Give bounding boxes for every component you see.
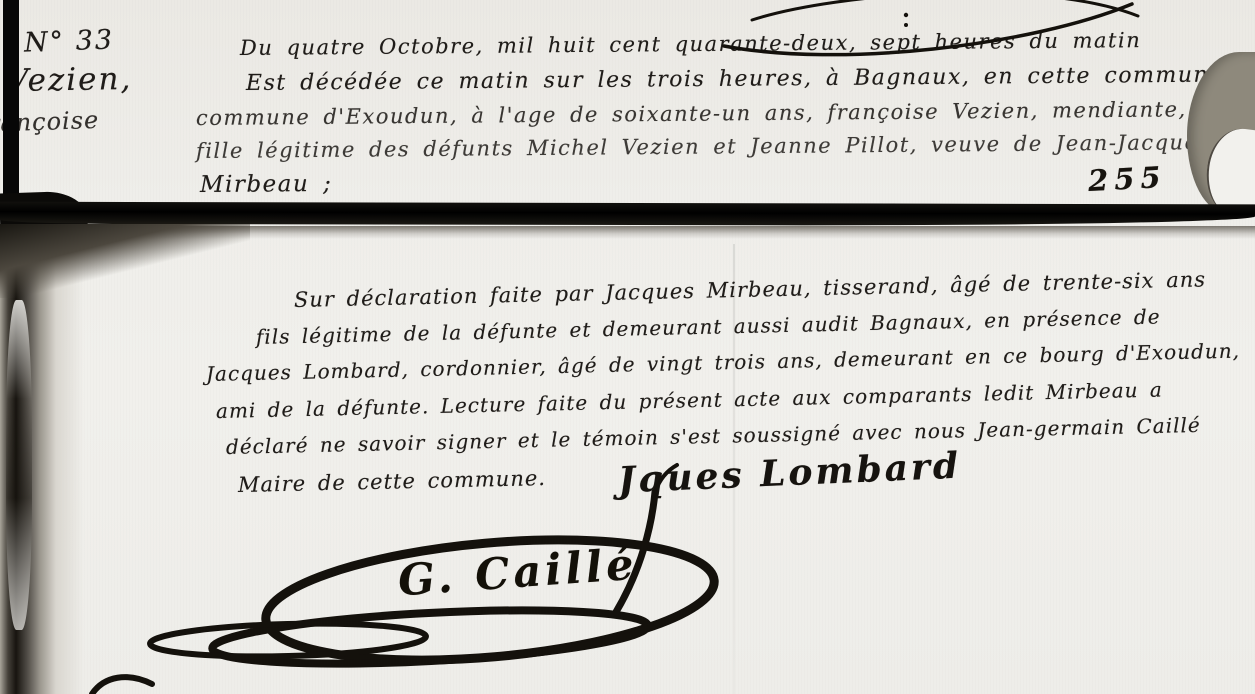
caille-paraphe-left-oval (150, 620, 427, 659)
act-bottom-line-2: fils légitime de la défunte et demeurant… (256, 304, 1161, 349)
margin-record-number: N° 33 (23, 24, 114, 58)
bottom-edge-ink-mark (92, 677, 152, 694)
margin-surname: Vezien, (6, 61, 133, 99)
page-gutter-band (0, 202, 1255, 227)
act-bottom-line-5: déclaré ne savoir signer et le témoin s'… (226, 413, 1201, 459)
act-top-line-2: Est décédée ce matin sur les trois heure… (246, 62, 1224, 96)
top-paraphe-upper-arc (752, 0, 1138, 20)
signature-witness-lombard: Jques Lombard (617, 445, 962, 502)
page-number: 255 (1087, 160, 1167, 198)
act-top-line-1: Du quatre Octobre, mil huit cent quarant… (240, 28, 1141, 60)
torn-paper-corner (1185, 52, 1255, 218)
page-corner-fold (0, 224, 250, 298)
act-bottom-line-1: Sur déclaration faite par Jacques Mirbea… (294, 267, 1207, 312)
caille-paraphe-middle-oval (211, 602, 649, 673)
act-top-line-4: fille légitime des défunts Michel Vezien… (196, 130, 1211, 163)
ink-dot (904, 23, 908, 27)
ink-dot (904, 13, 908, 17)
signature-mayor-caille: G. Caillé (397, 540, 639, 607)
binding-edge-top (3, 0, 19, 208)
act-top-line-3: commune d'Exoudun, à l'age de soixante-u… (196, 97, 1187, 130)
register-scan-page: N° 33 Vezien, françoise Du quatre Octobr… (0, 0, 1255, 694)
act-bottom-line-6: Maire de cette commune. (238, 466, 546, 497)
torn-edge-highlight (6, 300, 32, 630)
act-top-line-5: Mirbeau ; (200, 171, 333, 198)
